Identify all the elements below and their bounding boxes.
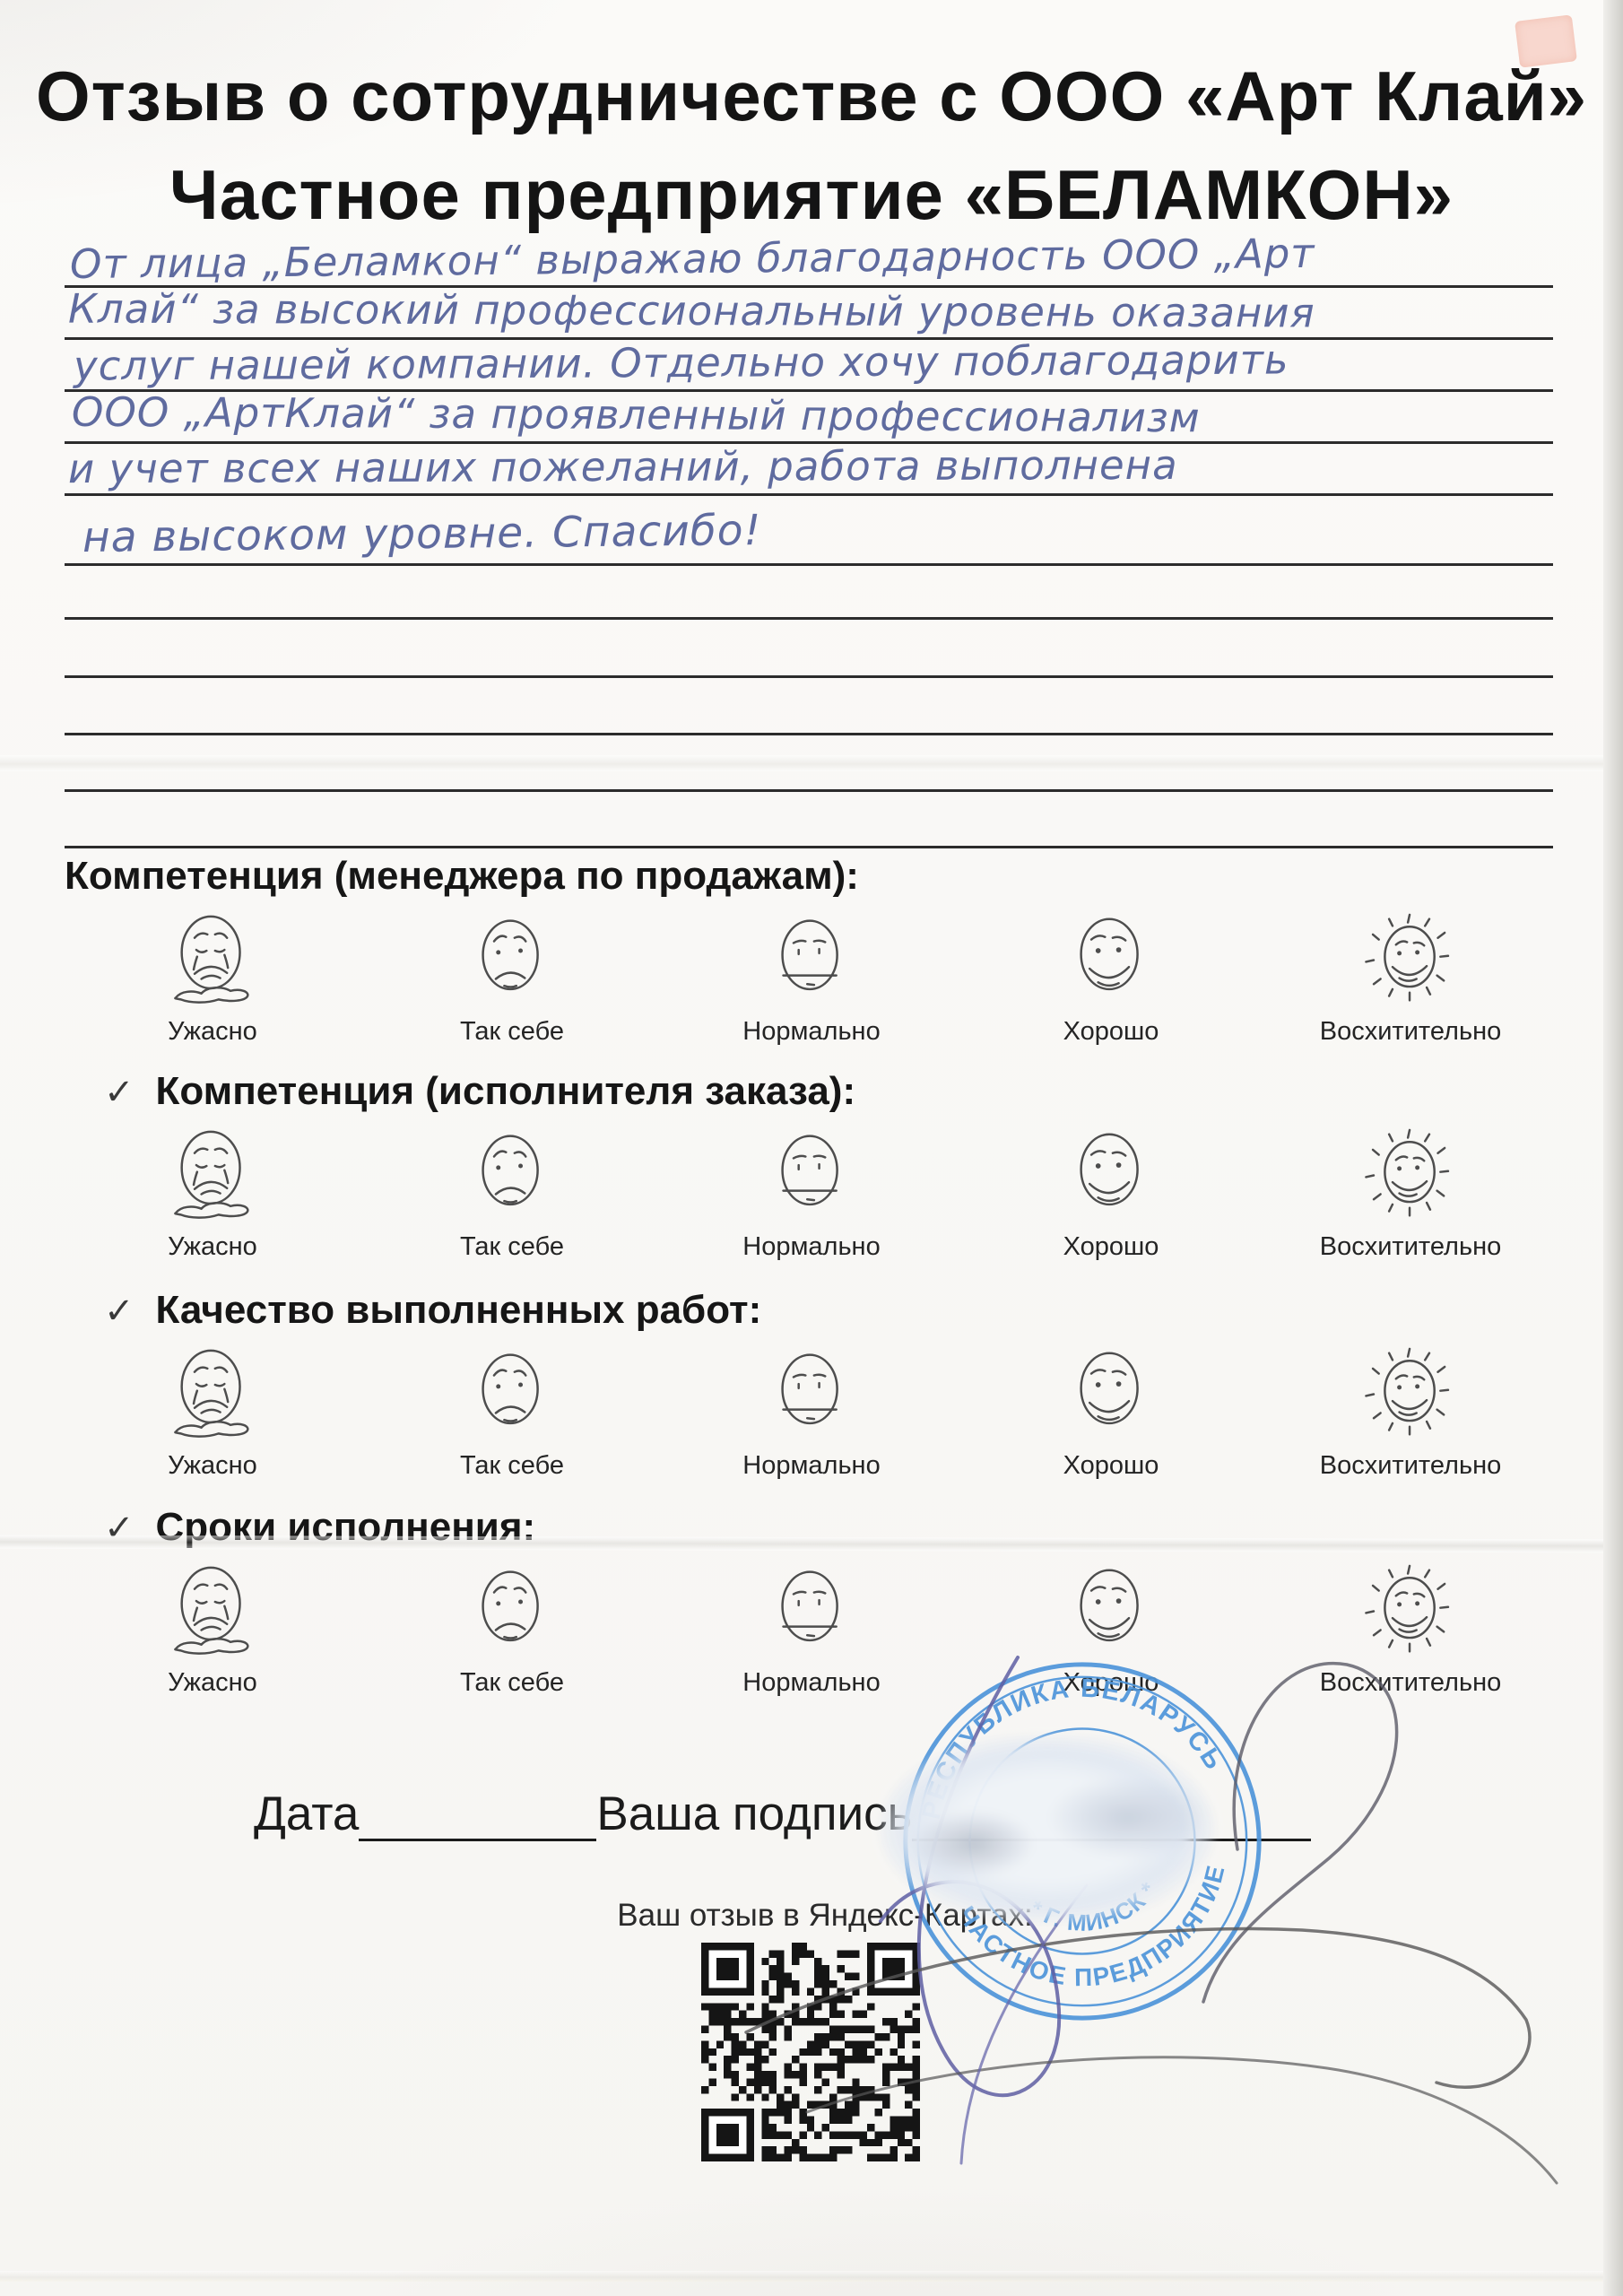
- ruled-line: [65, 789, 1553, 792]
- form-title-line-2: Частное предприятие «БЕЛАМКОН»: [0, 154, 1623, 236]
- ruled-line: [65, 733, 1553, 735]
- sun-smiling-face-icon: [1355, 912, 1466, 1008]
- rating-option-label: Ужасно: [168, 1451, 257, 1481]
- section-label: Компетенция (исполнителя заказа):: [156, 1069, 856, 1115]
- section-label: Сроки исполнения:: [156, 1505, 536, 1551]
- rating-option-label: Нормально: [742, 1232, 880, 1262]
- ruled-line: [65, 493, 1553, 496]
- handwritten-text-line: Клай“ за высокий профессиональный уровен…: [68, 285, 1315, 337]
- sad-face-icon: [456, 1127, 568, 1223]
- handwritten-text-line: и учет всех наших пожеланий, работа выпо…: [68, 441, 1178, 492]
- rating-option-good: Хорошо: [961, 1346, 1261, 1481]
- sad-face-icon: [456, 1346, 568, 1442]
- rating-option-label: Так себе: [460, 1232, 564, 1262]
- rating-option-label: Восхитительно: [1320, 1017, 1501, 1047]
- rating-option-normal: Нормально: [662, 1127, 961, 1262]
- scanned-feedback-form-page: Отзыв о сотрудничестве с ООО «Арт Клай» …: [0, 0, 1623, 2296]
- section-label: Компетенция (менеджера по продажам):: [65, 854, 859, 900]
- crying-face-icon: [157, 912, 268, 1008]
- ruled-line: [65, 563, 1553, 566]
- ruled-line: [65, 846, 1553, 848]
- handwritten-text-line: От лица „Беламкон“ выражаю благодарность…: [70, 230, 1315, 288]
- crying-face-icon: [157, 1127, 268, 1223]
- rating-option-normal: Нормально: [662, 1346, 961, 1481]
- rating-option-normal: Нормально: [662, 912, 961, 1047]
- rating-option-delightful: Восхитительно: [1261, 1346, 1560, 1481]
- rating-option-label: Так себе: [460, 1451, 564, 1481]
- rating-option-label: Хорошо: [1063, 1232, 1159, 1262]
- rating-option-label: Хорошо: [1063, 1017, 1159, 1047]
- smiling-face-icon: [1055, 912, 1167, 1008]
- handwritten-text-line: ООО „АртКлай“ за проявленный профессиона…: [72, 388, 1201, 442]
- rating-option-label: Хорошо: [1063, 1451, 1159, 1481]
- fold-crease-top: [0, 755, 1623, 771]
- sun-smiling-face-icon: [1355, 1127, 1466, 1223]
- tape-mark: [1515, 14, 1577, 67]
- rating-option-label: Восхитительно: [1320, 1451, 1501, 1481]
- rating-section-sales-manager-competence: Компетенция (менеджера по продажам): Ужа…: [0, 854, 1623, 1047]
- rating-option-good: Хорошо: [961, 1127, 1261, 1262]
- checkmark-icon: ✓: [104, 1072, 135, 1113]
- handwritten-text-line: услуг нашей компании. Отдельно хочу побл…: [74, 335, 1289, 389]
- rating-option-delightful: Восхитительно: [1261, 912, 1560, 1047]
- rating-option-terrible: Ужасно: [63, 1346, 362, 1481]
- rating-section-work-quality: ✓ Качество выполненных работ: Ужасно Так…: [0, 1288, 1623, 1481]
- checkmark-icon: ✓: [104, 1291, 135, 1332]
- rating-option-terrible: Ужасно: [63, 1127, 362, 1262]
- fold-crease-bottom: [0, 2271, 1623, 2282]
- ruled-line: [65, 617, 1553, 620]
- rating-option-delightful: Восхитительно: [1261, 1127, 1560, 1262]
- rating-scale-row: Ужасно Так себе Нормально Хорошо Восхити…: [0, 1127, 1623, 1262]
- sad-face-icon: [456, 912, 568, 1008]
- rating-option-label: Ужасно: [168, 1668, 257, 1698]
- handwritten-text-line: на высоком уровне. Спасибо!: [82, 506, 762, 562]
- rating-scale-row: Ужасно Так себе Нормально Хорошо Восхити…: [0, 1346, 1623, 1481]
- rating-option-label: Ужасно: [168, 1232, 257, 1262]
- rating-option-so-so: Так себе: [362, 1346, 662, 1481]
- section-label: Качество выполненных работ:: [156, 1288, 762, 1334]
- rating-option-label: Восхитительно: [1320, 1232, 1501, 1262]
- rating-section-contractor-competence: ✓ Компетенция (исполнителя заказа): Ужас…: [0, 1069, 1623, 1262]
- rating-option-good: Хорошо: [961, 912, 1261, 1047]
- rating-option-label: Так себе: [460, 1017, 564, 1047]
- smiling-face-icon: [1055, 1346, 1167, 1442]
- neutral-face-icon: [756, 1127, 867, 1223]
- rating-scale-row: Ужасно Так себе Нормально Хорошо Восхити…: [0, 912, 1623, 1047]
- ruled-line: [65, 675, 1553, 678]
- checkmark-icon: ✓: [104, 1508, 135, 1549]
- rating-option-label: Нормально: [742, 1451, 880, 1481]
- neutral-face-icon: [756, 912, 867, 1008]
- rating-option-label: Нормально: [742, 1017, 880, 1047]
- rating-option-so-so: Так себе: [362, 912, 662, 1047]
- smiling-face-icon: [1055, 1127, 1167, 1223]
- paper-edge: [1603, 0, 1623, 2296]
- date-label: Дата: [254, 1787, 359, 1841]
- privacy-blur-blob: [879, 1735, 1216, 1923]
- crying-face-icon: [157, 1563, 268, 1659]
- rating-option-terrible: Ужасно: [63, 912, 362, 1047]
- crying-face-icon: [157, 1346, 268, 1442]
- rating-option-label: Ужасно: [168, 1017, 257, 1047]
- form-title-line-1: Отзыв о сотрудничестве с ООО «Арт Клай»: [0, 56, 1623, 137]
- sun-smiling-face-icon: [1355, 1346, 1466, 1442]
- rating-option-so-so: Так себе: [362, 1127, 662, 1262]
- neutral-face-icon: [756, 1346, 867, 1442]
- rating-option-terrible: Ужасно: [63, 1563, 362, 1698]
